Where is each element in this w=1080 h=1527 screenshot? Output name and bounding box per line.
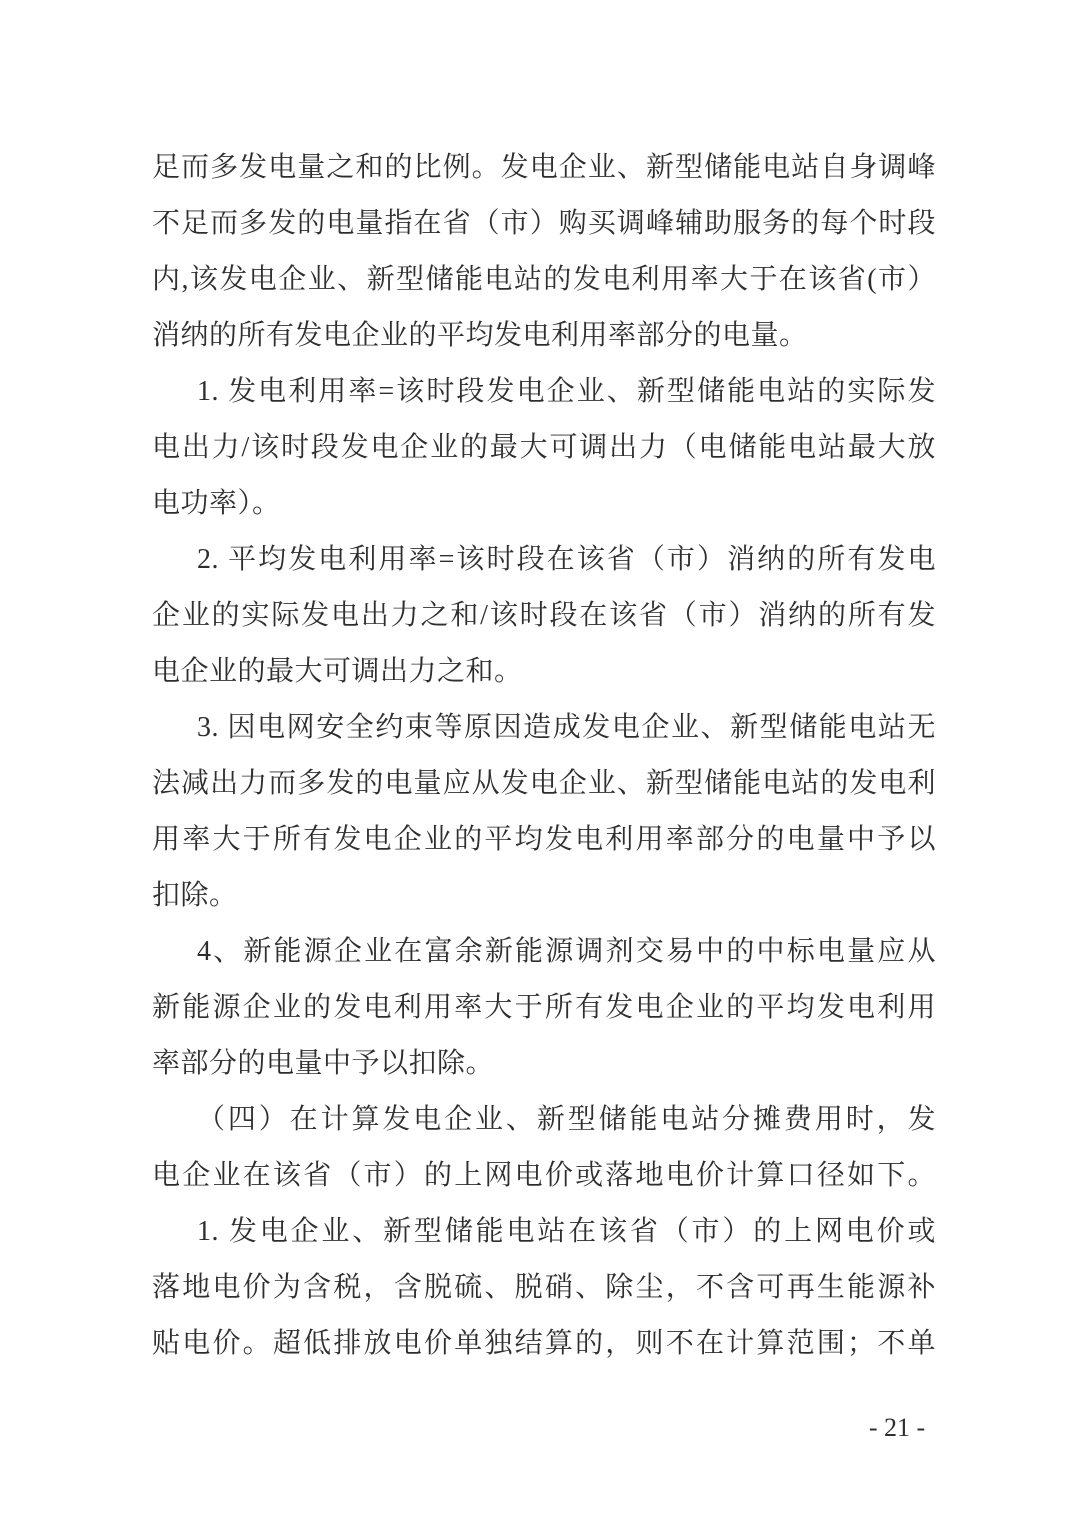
text-line: 2. 平均发电利用率=该时段在该省（市）消纳的所有发电 [152, 532, 936, 588]
text-line: 用率大于所有发电企业的平均发电利用率部分的电量中予以 [152, 812, 936, 868]
text-line: 落地电价为含税，含脱硫、脱硝、除尘，不含可再生能源补 [152, 1260, 936, 1316]
text-line: 扣除。 [152, 868, 936, 924]
text-line: 新能源企业的发电利用率大于所有发电企业的平均发电利用 [152, 980, 936, 1036]
text-line: 法减出力而多发的电量应从发电企业、新型储能电站的发电利 [152, 756, 936, 812]
text-line: 足而多发电量之和的比例。发电企业、新型储能电站自身调峰 [152, 140, 936, 196]
page-number: - 21 - [852, 1408, 942, 1448]
text-line: 3. 因电网安全约束等原因造成发电企业、新型储能电站无 [152, 700, 936, 756]
text-line: 电功率）。 [152, 476, 936, 532]
text-block: 足而多发电量之和的比例。发电企业、新型储能电站自身调峰 不足而多发的电量指在省（… [152, 140, 936, 1372]
text-line: 贴电价。超低排放电价单独结算的，则不在计算范围；不单 [152, 1316, 936, 1372]
text-line: 内,该发电企业、新型储能电站的发电利用率大于在该省(市） [152, 252, 936, 308]
text-line: 企业的实际发电出力之和/该时段在该省（市）消纳的所有发 [152, 588, 936, 644]
text-line: 1. 发电企业、新型储能电站在该省（市）的上网电价或 [152, 1204, 936, 1260]
text-line: 率部分的电量中予以扣除。 [152, 1036, 936, 1092]
text-line: 消纳的所有发电企业的平均发电利用率部分的电量。 [152, 308, 936, 364]
text-line: 不足而多发的电量指在省（市）购买调峰辅助服务的每个时段 [152, 196, 936, 252]
document-page: 足而多发电量之和的比例。发电企业、新型储能电站自身调峰 不足而多发的电量指在省（… [0, 0, 1080, 1527]
text-line: 1. 发电利用率=该时段发电企业、新型储能电站的实际发 [152, 364, 936, 420]
text-line: 电出力/该时段发电企业的最大可调出力（电储能电站最大放 [152, 420, 936, 476]
text-line: （四）在计算发电企业、新型储能电站分摊费用时，发 [152, 1092, 936, 1148]
text-line: 电企业的最大可调出力之和。 [152, 644, 936, 700]
text-line: 电企业在该省（市）的上网电价或落地电价计算口径如下。 [152, 1148, 936, 1204]
text-line: 4、新能源企业在富余新能源调剂交易中的中标电量应从 [152, 924, 936, 980]
